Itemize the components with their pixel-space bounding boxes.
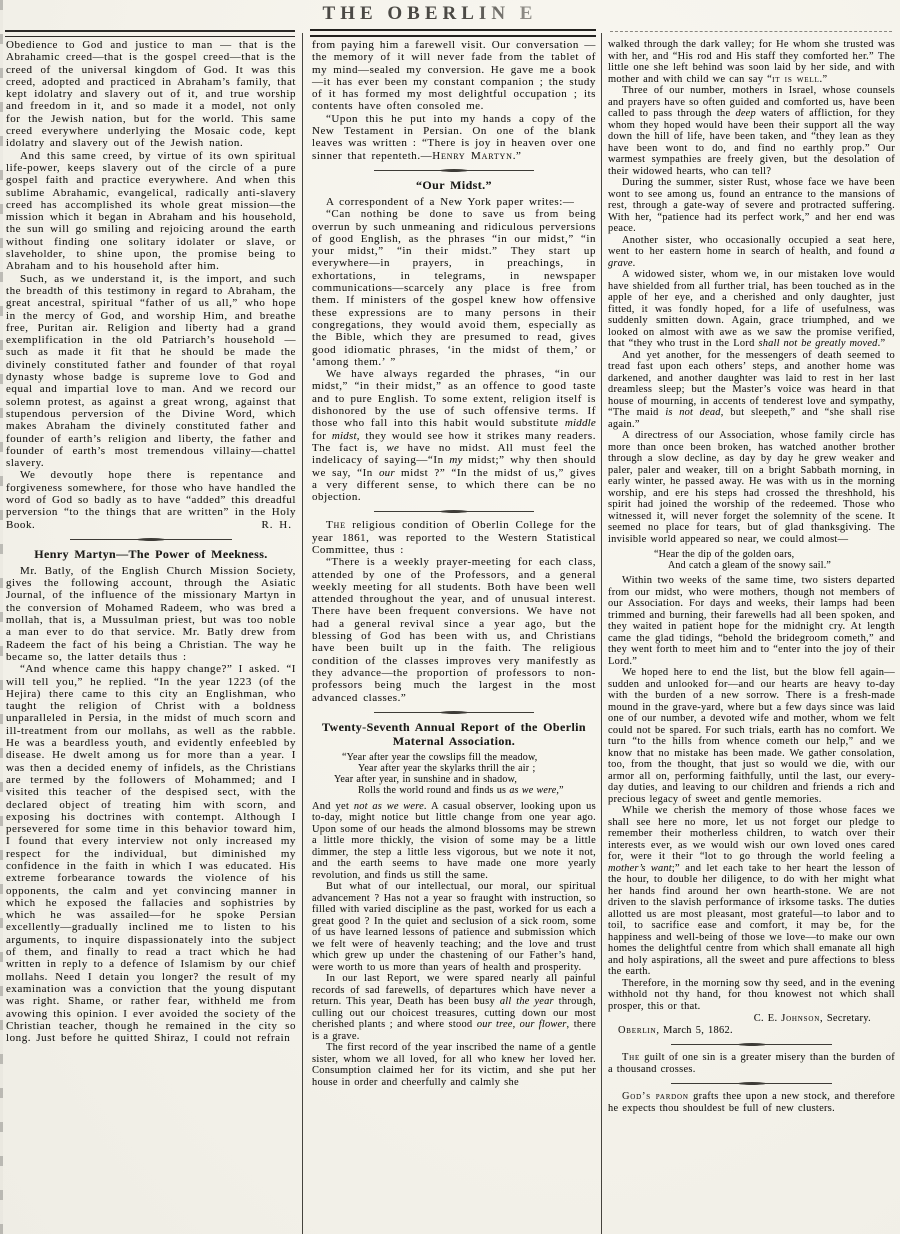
poem-line: Year after year the skylarks thrill the … bbox=[312, 763, 596, 774]
paragraph: While we cherish the memory of those who… bbox=[608, 805, 895, 978]
paragraph: Three of our number, mothers in Israel, … bbox=[608, 85, 895, 177]
poem-line: Year after year, in sunshine and in shad… bbox=[312, 774, 596, 785]
article-title-henry-martyn: Henry Martyn—The Power of Meekness. bbox=[8, 547, 294, 561]
masthead-rule-center bbox=[310, 29, 596, 37]
paragraph: We hoped here to end the list, but the b… bbox=[608, 667, 895, 805]
aphorism-paragraph: The guilt of one sin is a greater misery… bbox=[608, 1052, 895, 1075]
paragraph: And yet not as we were. A casual observe… bbox=[312, 801, 596, 882]
masthead-rule-right bbox=[610, 31, 892, 36]
paragraph: A directress of our Association, whose f… bbox=[608, 430, 895, 545]
paragraph: Within two weeks of the same time, two s… bbox=[608, 575, 895, 667]
section-divider bbox=[671, 1043, 832, 1046]
scan-edge-artifact bbox=[0, 0, 3, 1234]
paragraph: Obedience to God and justice to man — th… bbox=[6, 39, 296, 150]
column-1: Obedience to God and justice to man — th… bbox=[6, 39, 296, 1044]
column-rule-1 bbox=[302, 33, 303, 1234]
paragraph: walked through the dark valley; for He w… bbox=[608, 39, 895, 85]
poem-line: “Hear the dip of the golden oars, bbox=[608, 549, 895, 560]
poem-line: “Year after year the cowslips fill the m… bbox=[312, 752, 596, 763]
paragraph: A widowed sister, whom we, in our mistak… bbox=[608, 269, 895, 350]
section-divider bbox=[374, 510, 533, 513]
paragraph: Therefore, in the morning sow thy seed, … bbox=[608, 978, 895, 1013]
paragraph: The religious condition of Oberlin Colle… bbox=[312, 519, 596, 556]
dateline: Oberlin, March 5, 1862. bbox=[608, 1025, 895, 1037]
section-divider bbox=[374, 711, 533, 714]
article-title-maternal-association: Twenty-Seventh Annual Report of the Ober… bbox=[314, 720, 594, 748]
aphorism-paragraph: God’s pardon grafts thee upon a new stoc… bbox=[608, 1091, 895, 1114]
paragraph: “And whence came this happy change?” I a… bbox=[6, 663, 296, 1044]
paragraph: In our last Report, we were spared nearl… bbox=[312, 973, 596, 1042]
paragraph: The first record of the year inscribed t… bbox=[312, 1042, 596, 1088]
paragraph: And this same creed, by virtue of its ow… bbox=[6, 150, 296, 273]
poem-line: And catch a gleam of the snowy sail.” bbox=[608, 560, 895, 571]
paragraph: “Can nothing be done to save us from bei… bbox=[312, 208, 596, 368]
masthead-title: THE OBERLIN E bbox=[0, 3, 860, 25]
poem-epigraph: “Year after year the cowslips fill the m… bbox=[312, 752, 596, 797]
section-divider bbox=[671, 1082, 832, 1085]
paragraph: from paying him a farewell visit. Our co… bbox=[312, 39, 596, 113]
poem-line: Rolls the world round and finds us as we… bbox=[312, 785, 596, 796]
column-3: walked through the dark valley; for He w… bbox=[608, 39, 895, 1114]
paragraph: During the summer, sister Rust, whose fa… bbox=[608, 177, 895, 235]
paragraph: Mr. Batly, of the English Church Mission… bbox=[6, 565, 296, 663]
masthead-rule-left bbox=[5, 30, 295, 37]
column-2: from paying him a farewell visit. Our co… bbox=[312, 39, 596, 1088]
section-divider bbox=[374, 169, 533, 172]
paragraph: A correspondent of a New York paper writ… bbox=[312, 196, 596, 208]
paragraph: Such, as we understand it, is the import… bbox=[6, 273, 296, 470]
article-title-our-midst: “Our Midst.” bbox=[314, 178, 594, 192]
paragraph-with-signature: We devoutly hope there is repentance and… bbox=[6, 469, 296, 530]
poem-quote: “Hear the dip of the golden oars, And ca… bbox=[608, 549, 895, 571]
paragraph: We have always regarded the phrases, “in… bbox=[312, 368, 596, 503]
signature-line: C. E. Johnson, Secretary. bbox=[608, 1013, 895, 1025]
paragraph: “Upon this he put into my hands a copy o… bbox=[312, 113, 596, 162]
paragraph: “There is a weekly prayer-meeting for ea… bbox=[312, 556, 596, 704]
paragraph: But what of our intellectual, our moral,… bbox=[312, 881, 596, 973]
column-rule-2 bbox=[601, 33, 602, 1234]
paragraph: Another sister, who occasionally occupie… bbox=[608, 235, 895, 270]
newspaper-page: THE OBERLIN E Obedience to God and justi… bbox=[0, 0, 900, 1234]
section-divider bbox=[70, 538, 232, 541]
paragraph: And yet another, for the messengers of d… bbox=[608, 350, 895, 431]
